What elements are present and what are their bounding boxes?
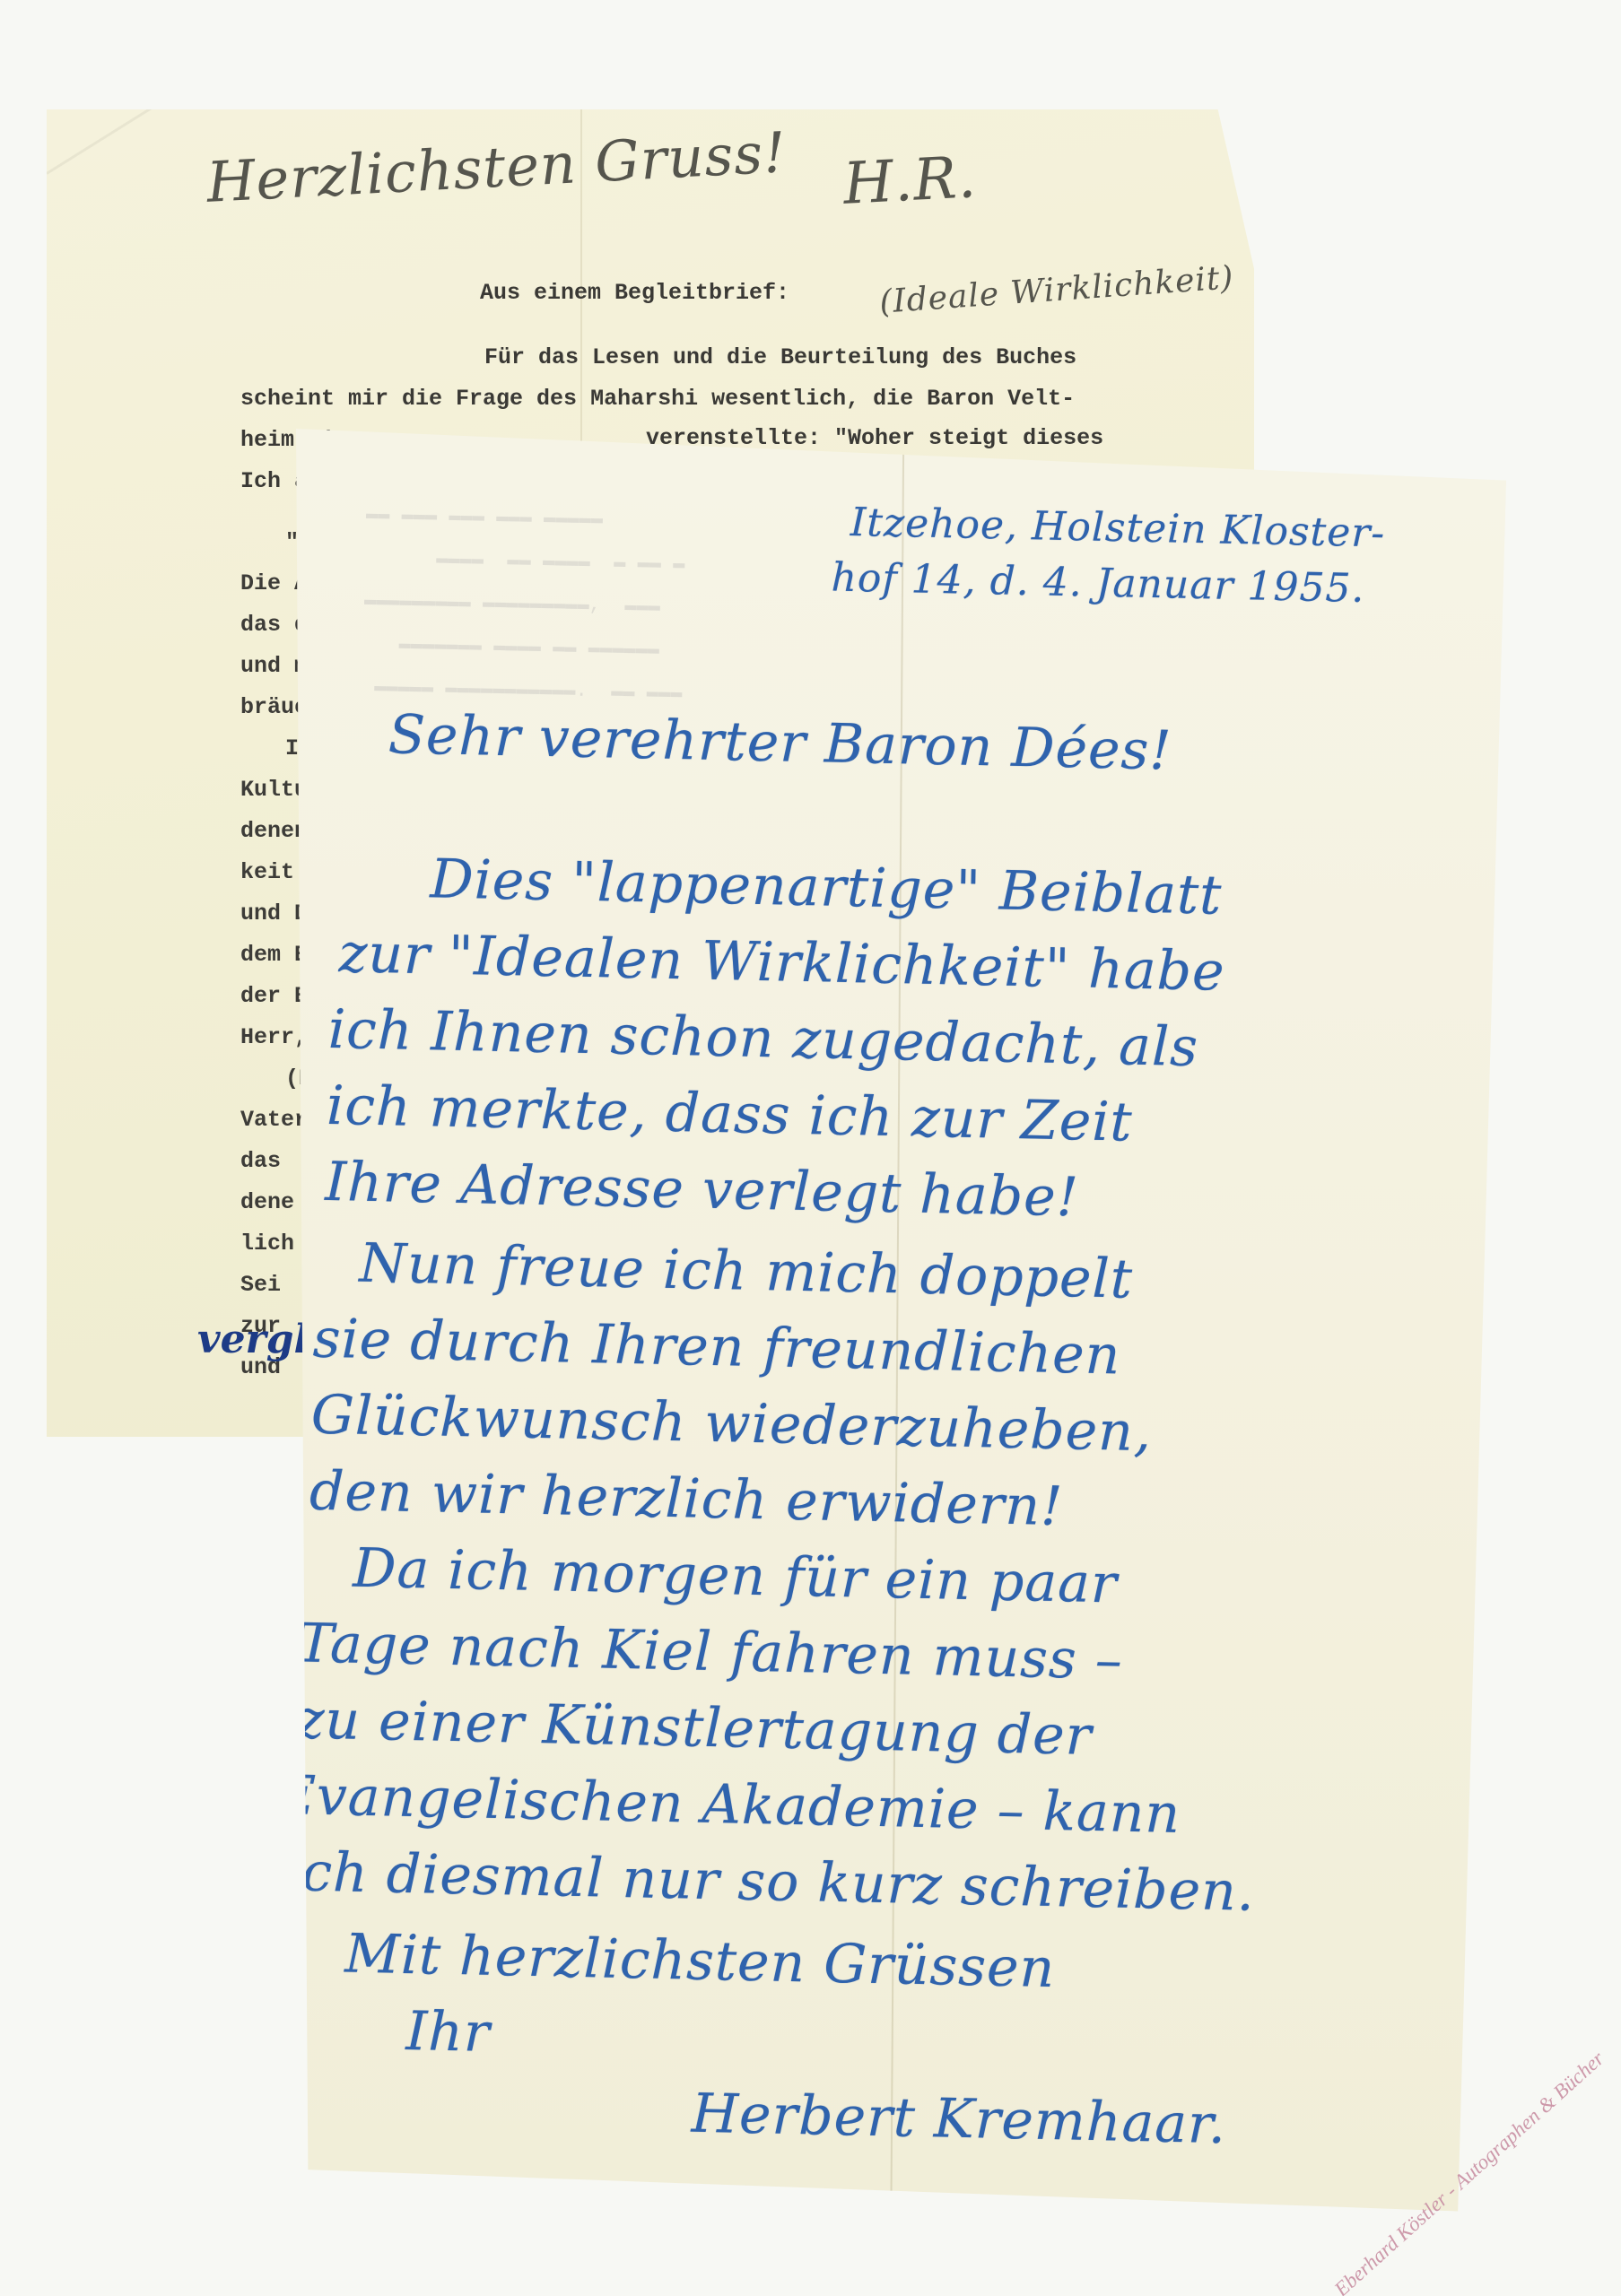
bleed-through-text: ▬▬ ▬▬▬ ▬▬▬ ▬▬▬ ▬▬▬▬▬ ▬▬▬▬ ▬▬ ▬▬▬▬ ▬ ▬▬ ▬… xyxy=(362,493,685,715)
typed-line: Für das Lesen und die Beurteilung des Bu… xyxy=(484,344,1076,370)
letter-salutation: Sehr verehrter Baron Dées! xyxy=(388,691,1173,795)
letter-place-date-line2: hof 14, d. 4. Januar 1955. xyxy=(831,550,1365,618)
handwritten-letter: ▬▬ ▬▬▬ ▬▬▬ ▬▬▬ ▬▬▬▬▬ ▬▬▬▬ ▬▬ ▬▬▬▬ ▬ ▬▬ ▬… xyxy=(259,429,1507,2212)
typed-line: scheint mir die Frage des Maharshi wesen… xyxy=(240,386,1075,412)
pencil-initials: H.R. xyxy=(841,144,978,218)
letter-signature: Herbert Kremhaar. xyxy=(691,2070,1227,2169)
letter-closing-ihr: Ihr xyxy=(405,1987,492,2077)
typed-heading: Aus einem Begleitbrief: xyxy=(480,280,789,306)
